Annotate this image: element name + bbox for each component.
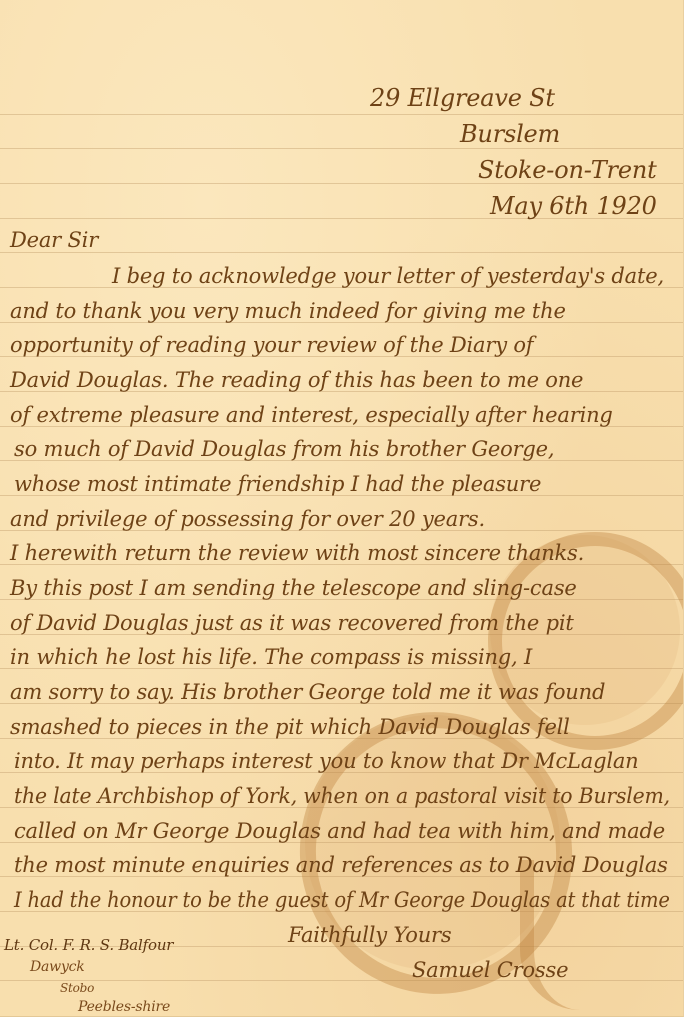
body-line: and privilege of possessing for over 20 … xyxy=(10,509,485,530)
body-line: and to thank you very much indeed for gi… xyxy=(10,301,566,322)
body-line: I herewith return the review with most s… xyxy=(10,543,584,564)
body-line: the late Archbishop of York, when on a p… xyxy=(14,786,670,807)
letter-date: May 6th 1920 xyxy=(490,194,657,218)
body-line: the most minute enquiries and references… xyxy=(14,855,668,876)
body-line: smashed to pieces in the pit which David… xyxy=(10,717,570,738)
body-line: into. It may perhaps interest you to kno… xyxy=(14,751,639,772)
address-town: Burslem xyxy=(460,122,560,146)
recipient-village: Stobo xyxy=(60,982,94,994)
body-line: in which he lost his life. The compass i… xyxy=(10,647,532,668)
address-street: 29 Ellgreave St xyxy=(370,86,555,110)
salutation: Dear Sir xyxy=(10,230,98,251)
address-city: Stoke-on-Trent xyxy=(478,158,657,182)
body-line: I had the honour to be the guest of Mr G… xyxy=(14,890,670,911)
recipient-name: Lt. Col. F. R. S. Balfour xyxy=(4,938,173,953)
closing: Faithfully Yours xyxy=(288,925,451,946)
body-line: I beg to acknowledge your letter of yest… xyxy=(112,266,664,287)
body-line: David Douglas. The reading of this has b… xyxy=(10,370,583,391)
body-line: am sorry to say. His brother George told… xyxy=(10,682,605,703)
body-line: opportunity of reading your review of th… xyxy=(10,335,533,356)
body-line: so much of David Douglas from his brothe… xyxy=(14,439,554,460)
body-line: called on Mr George Douglas and had tea … xyxy=(14,821,665,842)
body-line: of David Douglas just as it was recovere… xyxy=(10,613,574,634)
body-line: By this post I am sending the telescope … xyxy=(10,578,577,599)
recipient-county: Peebles-shire xyxy=(78,1000,170,1014)
recipient-house: Dawyck xyxy=(30,960,85,974)
body-line: whose most intimate friendship I had the… xyxy=(14,474,541,495)
letter-page: 29 Ellgreave St Burslem Stoke-on-Trent M… xyxy=(0,0,684,1017)
signature: Samuel Crosse xyxy=(412,960,568,981)
body-line: of extreme pleasure and interest, especi… xyxy=(10,405,613,426)
